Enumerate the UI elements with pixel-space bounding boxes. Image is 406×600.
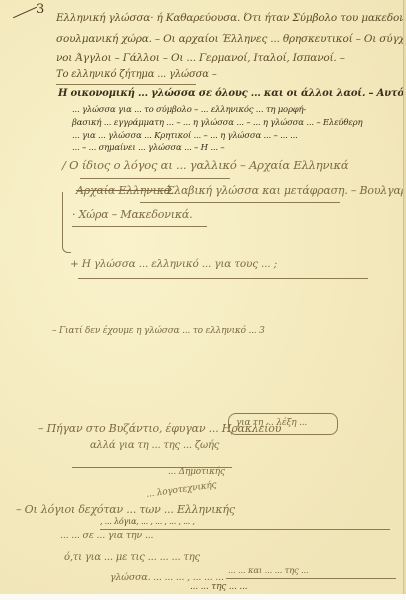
- scan-bottom-margin: [0, 594, 406, 600]
- final-line-4: ό,τι για ... με τις ... ... ... της: [64, 552, 200, 563]
- final-line-7: ... ... της ... ...: [190, 582, 247, 592]
- outline-item-1-underline: [80, 178, 230, 179]
- header-line-4: Το ελληνικό ζήτημα ... γλώσσα –: [56, 69, 217, 80]
- page-number: 3: [36, 2, 44, 17]
- dark-ink-line-2: ... γλώσσα για ... το σύμβολο – ... ελλη…: [72, 105, 306, 115]
- header-line-1: Ελληνική γλώσσα· ή Καθαρεύουσα. Ότι ήταν…: [56, 12, 406, 24]
- outline-item-2: – Σλαβική γλώσσα και μετάφραση. – Βουλγα…: [158, 184, 406, 197]
- outline-bracket: [62, 192, 71, 253]
- outline-item-1: / Ο ίδιος ο λόγος αι ... γαλλικό – Αρχαί…: [62, 158, 348, 172]
- boxed-note: για τη ... λέξη ...: [236, 418, 307, 428]
- lower-line-2: αλλά για τη ... της ... ζωής: [90, 440, 219, 451]
- manuscript-page: 3 Ελληνική γλώσσα· ή Καθαρεύουσα. Ότι ήτ…: [0, 0, 404, 594]
- outline-item-4-underline: [78, 278, 368, 279]
- final-line-5: ... ... και ... ... της ...: [228, 566, 309, 576]
- outline-item-3: · Χώρα – Μακεδονικά.: [72, 208, 192, 221]
- dark-ink-line-3: βασική ... εγγράμματη ... – ... η γλώσσα…: [72, 118, 362, 128]
- header-line-3: νοι Άγγλοι – Γάλλοι – Οι ... Γερμανοί, Ι…: [56, 52, 345, 64]
- outline-item-2-strikethrough: Αρχαία Ελληνικά: [76, 184, 171, 197]
- outline-item-2-underline: [140, 202, 340, 203]
- outline-item-4: + Η γλώσσα ... ελληνικό ... για τους ...…: [70, 258, 277, 270]
- middle-note: – Γιατί δεν έχουμε η γλώσσα ... το ελλην…: [52, 326, 265, 336]
- dark-ink-line-5: ... – ... σημαίνει ... γλώσσα ... – Η ..…: [72, 143, 224, 153]
- final-line-2: , ... λόγια, ... , ... , ... , ... ,: [100, 517, 195, 526]
- outline-item-3-underline: [72, 226, 207, 227]
- circled-note: ... Δημοτικής: [168, 467, 225, 477]
- above-note: ... λογοτεχνικής: [146, 480, 217, 500]
- final-line-1: – Οι λόγιοι δεχόταν ... των ... Ελληνική…: [16, 503, 235, 516]
- final-line-5-underline: [226, 578, 396, 579]
- final-line-3: ... ... σε ... για την ...: [60, 530, 153, 541]
- header-line-2: σουλμανική χώρα. – Οι αρχαίοι Έλληνες ..…: [56, 33, 406, 45]
- page-number-underline: [13, 7, 37, 18]
- dark-ink-line-4: ... για ... γλώσσα ... Κρητικοί ... – ..…: [72, 131, 298, 141]
- dark-ink-line-1: Η οικονομική ... γλώσσα σε όλους ... και…: [58, 88, 406, 99]
- header-underline: [56, 84, 196, 85]
